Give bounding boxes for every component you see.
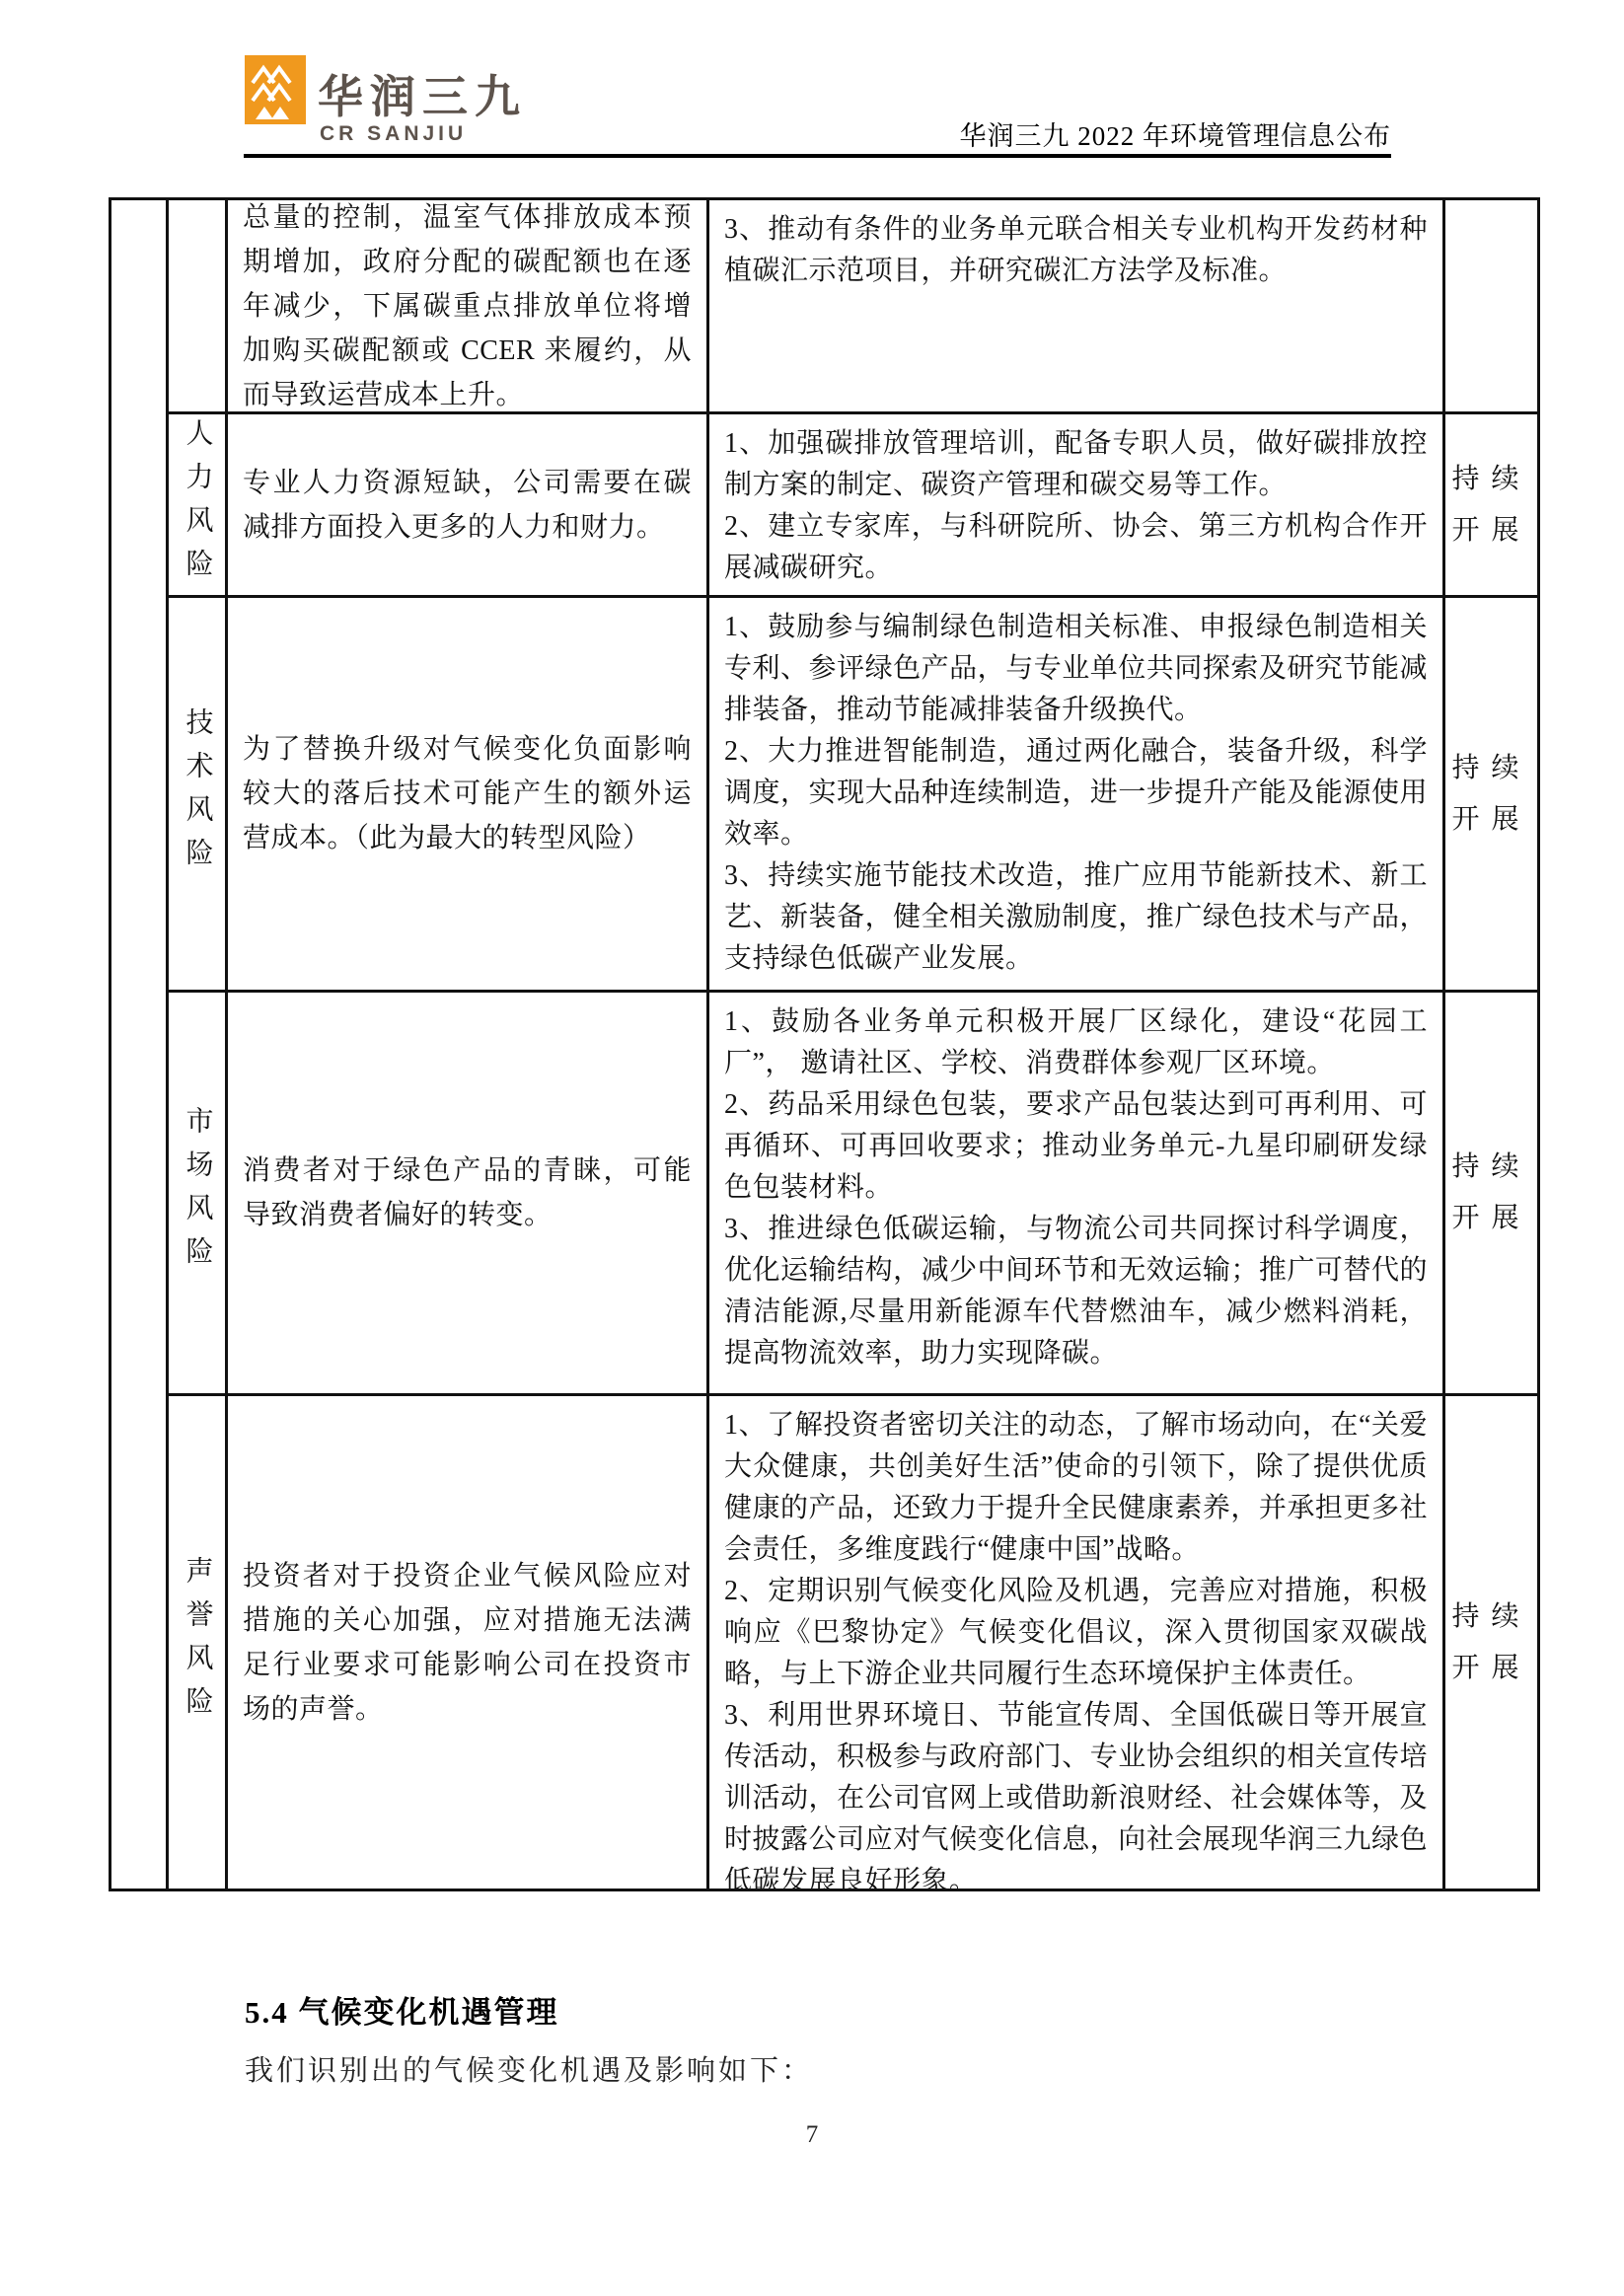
measure-item: 2、建立专家库，与科研院所、协会、第三方机构合作开展减碳研究。 (724, 506, 1428, 589)
page-number: 7 (0, 2121, 1624, 2149)
measure-item: 3、推进绿色低碳运输，与物流公司共同探讨科学调度，优化运输结构，减少中间环节和无… (724, 1209, 1428, 1374)
risk-measures-cell: 3、推动有条件的业务单元联合相关专业机构开发药材种植碳汇示范项目，并研究碳汇方法… (709, 200, 1445, 414)
risk-description-cell: 专业人力资源短缺，公司需要在碳减排方面投入更多的人力和财力。 (228, 414, 709, 598)
risk-description-text: 消费者对于绿色产品的青睐，可能导致消费者偏好的转变。 (243, 1148, 692, 1237)
risk-name-text: 声誉风险 (184, 1556, 211, 1730)
header-divider (244, 154, 1391, 158)
document-page: 华润三九 CR SANJIU 华润三九 2022 年环境管理信息公布 总量的控制… (0, 0, 1624, 2296)
risk-name-cell: 市场风险 (169, 993, 228, 1396)
risk-name-cell (169, 200, 228, 414)
risk-measures-cell: 1、鼓励各业务单元积极开展厂区绿化，建设“花园工厂”， 邀请社区、学校、消费群体… (709, 993, 1445, 1396)
status-text: 持续开展 (1451, 1592, 1532, 1694)
risk-measures-cell: 1、加强碳排放管理培训，配备专职人员，做好碳排放控制方案的制定、碳资产管理和碳交… (709, 414, 1445, 598)
brand-name-english: CR SANJIU (320, 122, 467, 146)
measure-item: 1、了解投资者密切关注的动态，了解市场动向，在“关爱大众健康，共创美好生活”使命… (724, 1405, 1428, 1571)
measure-item: 1、鼓励参与编制绿色制造相关标准、申报绿色制造相关专利、参评绿色产品，与专业单位… (724, 607, 1428, 731)
measure-item: 2、定期识别气候变化风险及机遇，完善应对措施，积极响应《巴黎协定》气候变化倡议，… (724, 1571, 1428, 1695)
risk-measures-cell: 1、了解投资者密切关注的动态，了解市场动向，在“关爱大众健康，共创美好生活”使命… (709, 1396, 1445, 1889)
measure-item: 3、推动有条件的业务单元联合相关专业机构开发药材种植碳汇示范项目，并研究碳汇方法… (724, 209, 1428, 292)
table-spanning-empty-cell (111, 200, 169, 1889)
risk-status-cell: 持续开展 (1445, 598, 1537, 993)
risk-name-text: 市场风险 (184, 1106, 211, 1280)
risk-description-cell: 投资者对于投资企业气候风险应对措施的关心加强，应对措施无法满足行业要求可能影响公… (228, 1396, 709, 1889)
risk-description-text: 为了替换升级对气候变化负面影响较大的落后技术可能产生的额外运营成本。（此为最大的… (243, 727, 692, 860)
measure-item: 1、加强碳排放管理培训，配备专职人员，做好碳排放控制方案的制定、碳资产管理和碳交… (724, 423, 1428, 506)
risk-name-cell: 人力风险 (169, 414, 228, 598)
risk-status-cell: 持续开展 (1445, 1396, 1537, 1889)
measure-item: 2、大力推进智能制造，通过两化融合，装备升级，科学调度，实现大品种连续制造，进一… (724, 731, 1428, 855)
status-text: 持续开展 (1451, 454, 1532, 556)
document-header-title: 华润三九 2022 年环境管理信息公布 (651, 114, 1391, 153)
status-text: 持续开展 (1451, 743, 1532, 846)
risk-name-cell: 声誉风险 (169, 1396, 228, 1889)
measure-item: 3、利用世界环境日、节能宣传周、全国低碳日等开展宣传活动，积极参与政府部门、专业… (724, 1695, 1428, 1889)
risk-measures-cell: 1、鼓励参与编制绿色制造相关标准、申报绿色制造相关专利、参评绿色产品，与专业单位… (709, 598, 1445, 993)
measure-item: 3、持续实施节能技术改造，推广应用节能新技术、新工艺、新装备，健全相关激励制度，… (724, 855, 1428, 980)
risk-description-text: 总量的控制，温室气体排放成本预期增加，政府分配的碳配额也在逐年减少，下属碳重点排… (243, 200, 692, 414)
risk-description-text: 投资者对于投资企业气候风险应对措施的关心加强，应对措施无法满足行业要求可能影响公… (243, 1554, 692, 1732)
measure-item: 2、药品采用绿色包装，要求产品包装达到可再利用、可再循环、可再回收要求；推动业务… (724, 1084, 1428, 1209)
status-text: 持续开展 (1451, 1142, 1532, 1244)
risk-status-cell: 持续开展 (1445, 414, 1537, 598)
brand-name-chinese: 华润三九 (318, 61, 527, 126)
risk-status-cell (1445, 200, 1537, 414)
risk-description-text: 专业人力资源短缺，公司需要在碳减排方面投入更多的人力和财力。 (243, 461, 692, 550)
risk-description-cell: 总量的控制，温室气体排放成本预期增加，政府分配的碳配额也在逐年减少，下属碳重点排… (228, 200, 709, 414)
section-heading: 5.4 气候变化机遇管理 (245, 1987, 559, 2032)
risk-status-cell: 持续开展 (1445, 993, 1537, 1396)
measure-item: 1、鼓励各业务单元积极开展厂区绿化，建设“花园工厂”， 邀请社区、学校、消费群体… (724, 1001, 1428, 1084)
section-intro-text: 我们识别出的气候变化机遇及影响如下： (245, 2048, 813, 2089)
cr-sanjiu-logo-icon (245, 55, 306, 124)
risk-description-cell: 消费者对于绿色产品的青睐，可能导致消费者偏好的转变。 (228, 993, 709, 1396)
risk-name-text: 技术风险 (184, 707, 211, 881)
risk-name-cell: 技术风险 (169, 598, 228, 993)
risk-name-text: 人力风险 (184, 418, 211, 592)
climate-risk-table: 总量的控制，温室气体排放成本预期增加，政府分配的碳配额也在逐年减少，下属碳重点排… (109, 197, 1540, 1891)
risk-description-cell: 为了替换升级对气候变化负面影响较大的落后技术可能产生的额外运营成本。（此为最大的… (228, 598, 709, 993)
